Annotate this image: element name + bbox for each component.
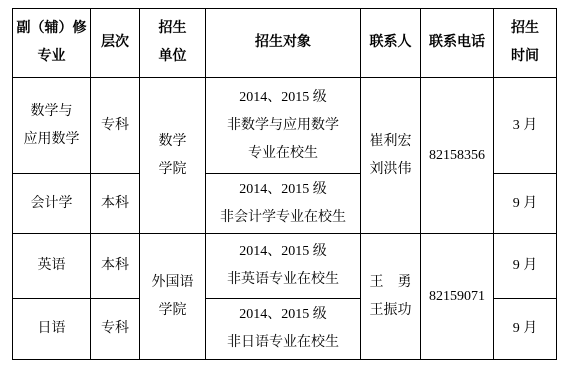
cell-level: 专科: [91, 78, 140, 174]
header-level: 层次: [91, 9, 140, 78]
cell-time: 3 月: [494, 78, 557, 174]
header-row: 副（辅）修 专业 层次 招生 单位 招生对象 联系人 联系电话 招生 时间: [13, 9, 557, 78]
cell-contact-math: 崔利宏 刘洪伟: [361, 78, 421, 234]
cell-level: 本科: [91, 174, 140, 234]
header-phone: 联系电话: [421, 9, 494, 78]
header-major: 副（辅）修 专业: [13, 9, 91, 78]
cell-time: 9 月: [494, 174, 557, 234]
cell-target: 2014、2015 级 非日语专业在校生: [206, 299, 361, 360]
document-page: 副（辅）修 专业 层次 招生 单位 招生对象 联系人 联系电话 招生 时间 数学…: [0, 0, 566, 372]
cell-time: 9 月: [494, 299, 557, 360]
cell-major: 日语: [13, 299, 91, 360]
header-target: 招生对象: [206, 9, 361, 78]
table-row-math: 数学与 应用数学 专科 数学 学院 2014、2015 级 非数学与应用数学 专…: [13, 78, 557, 174]
table-row-english: 英语 本科 外国语 学院 2014、2015 级 非英语专业在校生 王 勇 王振…: [13, 234, 557, 299]
cell-level: 专科: [91, 299, 140, 360]
cell-unit-foreign-language-college: 外国语 学院: [140, 234, 206, 360]
cell-major: 数学与 应用数学: [13, 78, 91, 174]
header-unit: 招生 单位: [140, 9, 206, 78]
cell-contact-foreign-language: 王 勇 王振功: [361, 234, 421, 360]
cell-time: 9 月: [494, 234, 557, 299]
cell-target: 2014、2015 级 非会计学专业在校生: [206, 174, 361, 234]
enrollment-table: 副（辅）修 专业 层次 招生 单位 招生对象 联系人 联系电话 招生 时间 数学…: [12, 8, 557, 360]
cell-phone-math: 82158356: [421, 78, 494, 234]
cell-major: 英语: [13, 234, 91, 299]
cell-target: 2014、2015 级 非英语专业在校生: [206, 234, 361, 299]
cell-target: 2014、2015 级 非数学与应用数学 专业在校生: [206, 78, 361, 174]
header-contact: 联系人: [361, 9, 421, 78]
cell-major: 会计学: [13, 174, 91, 234]
header-time: 招生 时间: [494, 9, 557, 78]
cell-unit-math-college: 数学 学院: [140, 78, 206, 234]
cell-level: 本科: [91, 234, 140, 299]
cell-phone-foreign-language: 82159071: [421, 234, 494, 360]
